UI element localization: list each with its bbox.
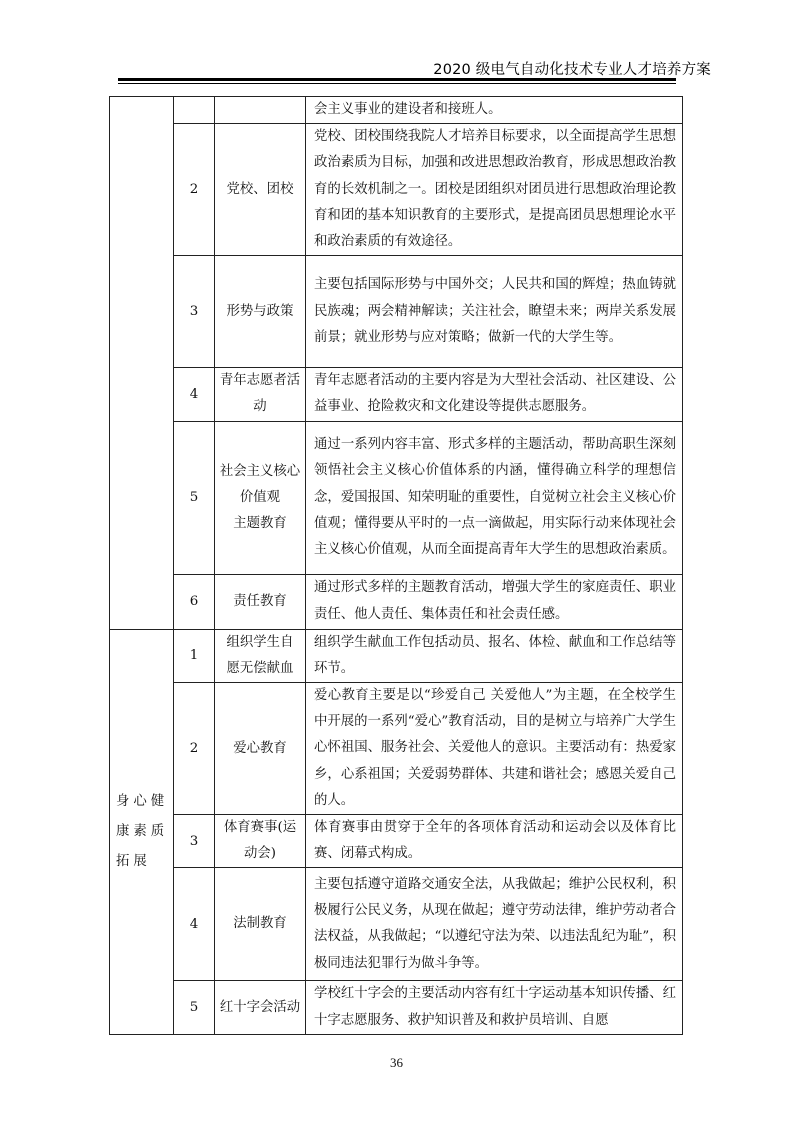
header-rule xyxy=(118,78,676,81)
document-title: 2020 级电气自动化技术专业人才培养方案 xyxy=(433,58,711,79)
table-row: 5 红十字会活动 学校红十字会的主要活动内容有红十字运动基本知识传播、红十字志愿… xyxy=(110,981,683,1034)
item-number: 2 xyxy=(174,683,215,815)
item-name: 青年志愿者活动 xyxy=(215,368,306,421)
item-name: 责任教育 xyxy=(215,574,306,629)
item-description: 爱心教育主要是以“珍爱自己 关爱他人”为主题，在全校学生中开展的一系列“爱心”教… xyxy=(306,683,683,815)
table-row: 4 青年志愿者活动 青年志愿者活动的主要内容是为大型社会活动、社区建设、公益事业… xyxy=(110,368,683,421)
item-name-line: 价值观 xyxy=(215,485,305,511)
item-description: 通过形式多样的主题教育活动，增强大学生的家庭责任、职业责任、他人责任、集体责任和… xyxy=(306,574,683,629)
item-number: 3 xyxy=(174,815,215,868)
page-header: 2020 级电气自动化技术专业人才培养方案 xyxy=(0,50,793,90)
table-row: 3 体育赛事(运动会) 体育赛事由贯穿于全年的各项体育活动和运动会以及体育比赛、… xyxy=(110,815,683,868)
item-name: 体育赛事(运动会) xyxy=(215,815,306,868)
item-name: 社会主义核心 价值观 主题教育 xyxy=(215,421,306,574)
item-name: 法制教育 xyxy=(215,868,306,981)
table-row: 6 责任教育 通过形式多样的主题教育活动，增强大学生的家庭责任、职业责任、他人责… xyxy=(110,574,683,629)
item-description: 党校、团校围绕我院人才培养目标要求，以全面提高学生思想政治素质为目标，加强和改进… xyxy=(306,124,683,256)
item-number: 2 xyxy=(174,124,215,256)
item-description: 会主义事业的建设者和接班人。 xyxy=(306,97,683,124)
item-number: 1 xyxy=(174,629,215,682)
item-number xyxy=(174,97,215,124)
item-number: 6 xyxy=(174,574,215,629)
item-name: 红十字会活动 xyxy=(215,981,306,1034)
item-number: 3 xyxy=(174,256,215,368)
item-name: 形势与政策 xyxy=(215,256,306,368)
header-rule-thin xyxy=(118,83,676,84)
table-row: 会主义事业的建设者和接班人。 xyxy=(110,97,683,124)
activities-table: 会主义事业的建设者和接班人。 2 党校、团校 党校、团校围绕我院人才培养目标要求… xyxy=(109,96,683,1035)
item-number: 4 xyxy=(174,868,215,981)
table-row: 2 爱心教育 爱心教育主要是以“珍爱自己 关爱他人”为主题，在全校学生中开展的一… xyxy=(110,683,683,815)
item-number: 5 xyxy=(174,981,215,1034)
item-name-line: 主题教育 xyxy=(215,511,305,537)
item-name: 爱心教育 xyxy=(215,683,306,815)
item-description: 组织学生献血工作包括动员、报名、体检、献血和工作总结等环节。 xyxy=(306,629,683,682)
item-name: 组织学生自愿无偿献血 xyxy=(215,629,306,682)
item-name: 党校、团校 xyxy=(215,124,306,256)
item-description: 学校红十字会的主要活动内容有红十字运动基本知识传播、红十字志愿服务、救护知识普及… xyxy=(306,981,683,1034)
item-description: 青年志愿者活动的主要内容是为大型社会活动、社区建设、公益事业、抢险救灾和文化建设… xyxy=(306,368,683,421)
item-description: 主要包括遵守道路交通安全法，从我做起；维护公民权利，积极履行公民义务，从现在做起… xyxy=(306,868,683,981)
table-row: 5 社会主义核心 价值观 主题教育 通过一系列内容丰富、形式多样的主题活动，帮助… xyxy=(110,421,683,574)
item-description: 体育赛事由贯穿于全年的各项体育活动和运动会以及体育比赛、闭幕式构成。 xyxy=(306,815,683,868)
page-number: 36 xyxy=(0,1055,793,1071)
item-description: 主要包括国际形势与中国外交；人民共和国的辉煌；热血铸就民族魂；两会精神解读；关注… xyxy=(306,256,683,368)
category-cell xyxy=(110,97,174,630)
table-row: 4 法制教育 主要包括遵守道路交通安全法，从我做起；维护公民权利，积极履行公民义… xyxy=(110,868,683,981)
item-description: 通过一系列内容丰富、形式多样的主题活动，帮助高职生深刻领悟社会主义核心价值体系的… xyxy=(306,421,683,574)
table-row: 2 党校、团校 党校、团校围绕我院人才培养目标要求，以全面提高学生思想政治素质为… xyxy=(110,124,683,256)
item-number: 5 xyxy=(174,421,215,574)
item-name-line: 社会主义核心 xyxy=(215,459,305,485)
item-number: 4 xyxy=(174,368,215,421)
table-row: 身心健康素质拓展 1 组织学生自愿无偿献血 组织学生献血工作包括动员、报名、体检… xyxy=(110,629,683,682)
table-row: 3 形势与政策 主要包括国际形势与中国外交；人民共和国的辉煌；热血铸就民族魂；两… xyxy=(110,256,683,368)
category-cell: 身心健康素质拓展 xyxy=(110,629,174,1034)
item-name xyxy=(215,97,306,124)
